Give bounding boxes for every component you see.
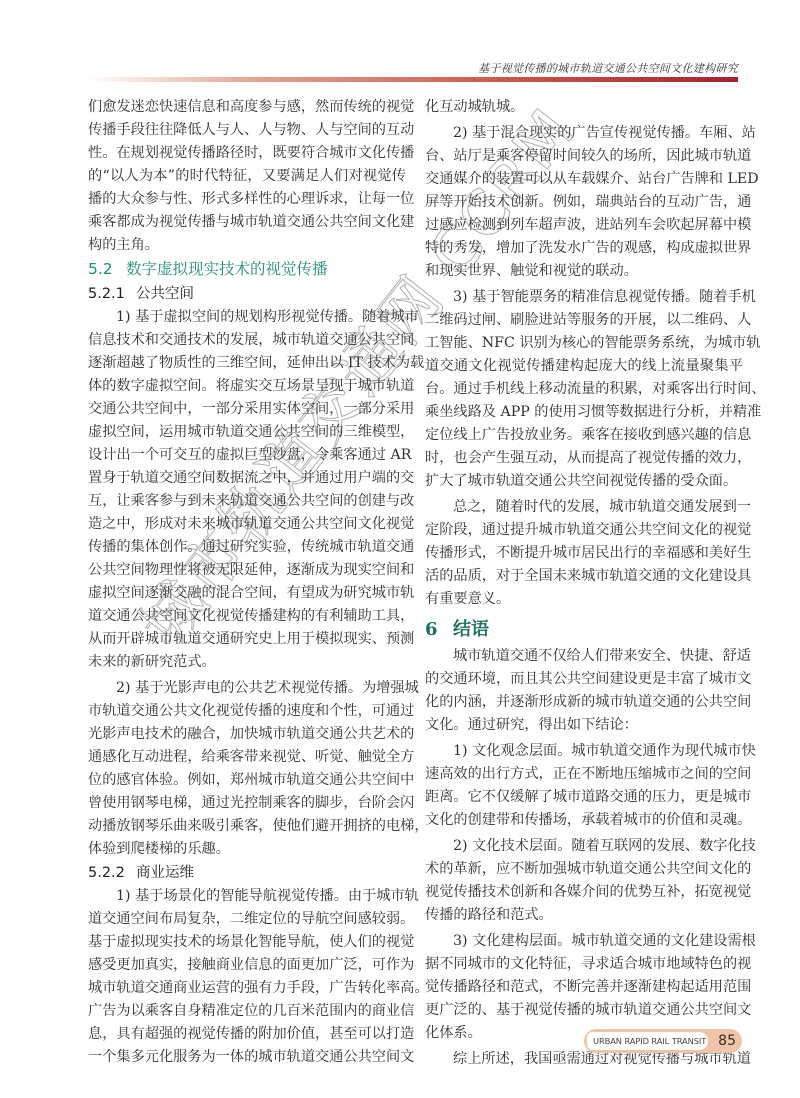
chapter-number: 6: [425, 615, 453, 645]
text-line: 设计出一个可交互的虚拟巨型沙盘，令乘客通过 AR: [88, 444, 406, 467]
text-line: 有重要意义。: [425, 588, 743, 611]
subsection-number: 5.2.2: [88, 861, 136, 885]
text-line: 文化的创建带和传播场，承载着城市的价值和灵魂。: [425, 809, 743, 832]
text-line: 传播形式，不断提升城市居民出行的幸福感和美好生: [425, 542, 743, 565]
text-line: 1) 基于虚拟空间的规划构形视觉传播。随着城市: [88, 306, 406, 329]
text-line: 扩大了城市轨道交通公共空间视觉传播的受众面。: [425, 470, 743, 493]
text-line: 化的内涵，并逐渐形成新的城市轨道交通的公共空间: [425, 691, 743, 714]
text-line: 道交通公共空间文化视觉传播建构的有利辅助工具，: [88, 605, 406, 628]
text-line: 广告为以乘客自身精准定位的几百米范围内的商业信: [88, 1000, 406, 1023]
paragraph: 城市轨道交通不仅给人们带来安全、快捷、舒适 的交通环境，而且其公共空间建设更是丰…: [425, 645, 743, 737]
text-line: 2) 文化技术层面。随着互联网的发展、数字化技: [425, 835, 743, 858]
header-gradient-bar: [88, 77, 738, 82]
text-line: 乘客都成为视觉传播与城市轨道交通公共空间文化建: [88, 211, 406, 234]
text-line: 术的革新，应不断加强城市轨道交通公共空间文化的: [425, 858, 743, 881]
text-line: 们愈发迷恋快速信息和高度参与感，然而传统的视觉: [88, 96, 406, 119]
text-line: 基于虚拟现实技术的场景化智能导航，使人们的视觉: [88, 931, 406, 954]
running-title: 基于视觉传播的城市轨道交通公共空间文化建构研究: [478, 60, 738, 76]
text-line: 定阶段，通过提升城市轨道交通公共空间文化的视觉: [425, 519, 743, 542]
text-line: 一个集多元化服务为一体的城市轨道交通公共空间文: [88, 1046, 406, 1069]
text-line: 置身于轨道交通空间数据流之中，并通过用户端的交: [88, 467, 406, 490]
text-line: 道交通空间布局复杂，二维定位的导航空间感较弱。: [88, 908, 406, 931]
text-line: 虚拟空间，运用城市轨道交通公共空间的三维模型，: [88, 421, 406, 444]
subsection-title: 公共空间: [136, 286, 194, 302]
section-number: 5.2: [88, 257, 126, 282]
paragraph: 2) 文化技术层面。随着互联网的发展、数字化技 术的革新，应不断加强城市轨道交通…: [425, 835, 743, 927]
chapter-heading-6: 6结语: [425, 615, 743, 645]
text-line: 光影声电技术的融合，加快城市轨道交通公共艺术的: [88, 723, 406, 746]
text-line: 1) 基于场景化的智能导航视觉传播。由于城市轨: [88, 885, 406, 908]
paragraph: 总之，随着时代的发展，城市轨道交通发展到一 定阶段，通过提升城市轨道交通公共空间…: [425, 496, 743, 611]
text-line: 虚拟空间逐渐交融的混合空间，有望成为研究城市轨: [88, 582, 406, 605]
text-line: 传播的集体创作。通过研究实验，传统城市轨道交通: [88, 536, 406, 559]
text-line: 公共空间物理性将被无限延伸，逐渐成为现实空间和: [88, 559, 406, 582]
text-line: 通感化互动进程，给乘客带来视觉、听觉、触觉全方: [88, 746, 406, 769]
right-column: 化互动城轨城。 2) 基于混合现实的广告宣传视觉传播。车厢、站 台、站厅是乘客停…: [425, 96, 743, 1071]
text-line: 台、站厅是乘客停留时间较久的场所，因此城市轨道: [425, 145, 743, 168]
text-line: 位的感官体验。例如，郑州城市轨道交通公共空间中: [88, 769, 406, 792]
text-line: 觉传播路径和范式，不断完善并逐渐建构起适用范围: [425, 976, 743, 999]
text-line: 的交通环境，而且其公共空间建设更是丰富了城市文: [425, 668, 743, 691]
section-heading-5-2: 5.2数字虚拟现实技术的视觉传播: [88, 257, 406, 282]
text-line: 视觉传播技术创新和各媒介间的优势互补，拓宽视觉: [425, 881, 743, 904]
paragraph: 1) 基于虚拟空间的规划构形视觉传播。随着城市 信息技术和交通技术的发展，城市轨…: [88, 306, 406, 674]
text-line: 曾使用钢琴电梯，通过光控制乘客的脚步，台阶会闪: [88, 792, 406, 815]
text-line: 未来的新研究范式。: [88, 651, 406, 674]
text-line: 体的数字虚拟空间。将虚实交互场景呈现于城市轨道: [88, 375, 406, 398]
text-line: 城市轨道交通商业运营的强有力手段，广告转化率高。: [88, 977, 406, 1000]
paragraph: 3) 文化建构层面。城市轨道交通的文化建设需根 据不同城市的文化特征，寻求适合城…: [425, 930, 743, 1045]
subsection-heading-5-2-2: 5.2.2商业运维: [88, 861, 406, 885]
chapter-title: 结语: [453, 619, 489, 640]
text-line: 速高效的出行方式，正在不断地压缩城市之间的空间: [425, 763, 743, 786]
footer-badge: URBAN RAPID RAIL TRANSIT 85: [584, 1029, 742, 1053]
text-line: 传播手段往往降低人与人、人与物、人与空间的互动: [88, 119, 406, 142]
subsection-number: 5.2.1: [88, 282, 136, 306]
paragraph: 们愈发迷恋快速信息和高度参与感，然而传统的视觉 传播手段往往降低人与人、人与物、…: [88, 96, 406, 257]
text-line: 逐渐超越了物质性的三维空间，延伸出以 IT 技术为载: [88, 352, 406, 375]
paragraph: 2) 基于混合现实的广告宣传视觉传播。车厢、站 台、站厅是乘客停留时间较久的场所…: [425, 122, 743, 283]
text-line: 2) 基于光影声电的公共艺术视觉传播。为增强城: [88, 677, 406, 700]
text-line: 感受更加真实，接触商业信息的面更加广泛，可作为: [88, 954, 406, 977]
text-line: 二维码过闸、刷脸进站等服务的开展，以二维码、人: [425, 309, 743, 332]
left-column: 们愈发迷恋快速信息和高度参与感，然而传统的视觉 传播手段往往降低人与人、人与物、…: [88, 96, 406, 1069]
text-line: 道交通文化视觉传播建构起庞大的线上流量聚集平: [425, 355, 743, 378]
subsection-title: 商业运维: [136, 865, 194, 881]
text-line: 1) 文化观念层面。城市轨道交通作为现代城市快: [425, 740, 743, 763]
text-line: 更广泛的、基于视觉传播的城市轨道交通公共空间文: [425, 999, 743, 1022]
text-line: 工智能、NFC 识别为核心的智能票务系统，为城市轨: [425, 332, 743, 355]
text-line: 台。通过手机线上移动流量的积累，对乘客出行时间、: [425, 378, 743, 401]
text-line: 交通媒介的装置可以从车载媒介、站台广告牌和 LED: [425, 168, 743, 191]
text-line: 据不同城市的文化特征，寻求适合城市地域特色的视: [425, 953, 743, 976]
text-line: 的“以人为本”的时代特征，又要满足人们对视觉传: [88, 165, 406, 188]
text-line: 活的品质，对于全国未来城市轨道交通的文化建设具: [425, 565, 743, 588]
text-line: 屏等开始技术创新。例如，瑞典站台的互动广告，通: [425, 191, 743, 214]
text-line: 2) 基于混合现实的广告宣传视觉传播。车厢、站: [425, 122, 743, 145]
text-line: 距离。它不仅缓解了城市道路交通的压力，更是城市: [425, 786, 743, 809]
text-line: 动播放钢琴乐曲来吸引乘客，使他们避开拥挤的电梯，: [88, 815, 406, 838]
paragraph: 化互动城轨城。: [425, 96, 743, 119]
text-line: 造之中，形成对未来城市轨道交通公共空间文化视觉: [88, 513, 406, 536]
subsection-heading-5-2-1: 5.2.1公共空间: [88, 282, 406, 306]
text-line: 构的主角。: [88, 234, 406, 257]
text-line: 化互动城轨城。: [425, 96, 743, 119]
text-line: 定位线上广告投放业务。乘客在接收到感兴趣的信息: [425, 424, 743, 447]
paragraph: 3) 基于智能票务的精准信息视觉传播。随着手机 二维码过闸、刷脸进站等服务的开展…: [425, 286, 743, 493]
paragraph: 1) 基于场景化的智能导航视觉传播。由于城市轨 道交通空间布局复杂，二维定位的导…: [88, 885, 406, 1069]
text-line: 传播的路径和范式。: [425, 904, 743, 927]
text-line: 和现实世界、触觉和视觉的联动。: [425, 260, 743, 283]
text-line: 3) 文化建构层面。城市轨道交通的文化建设需根: [425, 930, 743, 953]
section-title: 数字虚拟现实技术的视觉传播: [126, 260, 328, 278]
page-number: 85: [718, 1029, 736, 1053]
text-line: 性。在规划视觉传播路径时，既要符合城市文化传播: [88, 142, 406, 165]
text-line: 从而开辟城市轨道交通研究史上用于模拟现实、预测: [88, 628, 406, 651]
text-line: 特的秀发，增加了洗发水广告的观感，构成虚拟世界: [425, 237, 743, 260]
text-line: 播的大众参与性、形式多样性的心理诉求，让每一位: [88, 188, 406, 211]
journal-name: URBAN RAPID RAIL TRANSIT: [587, 1032, 708, 1050]
text-line: 市轨道交通公共文化视觉传播的速度和个性，可通过: [88, 700, 406, 723]
text-line: 息，具有超强的视觉传播的附加价值，甚至可以打造: [88, 1023, 406, 1046]
paragraph: 1) 文化观念层面。城市轨道交通作为现代城市快 速高效的出行方式，正在不断地压缩…: [425, 740, 743, 832]
text-line: 信息技术和交通技术的发展，城市轨道交通公共空间: [88, 329, 406, 352]
text-line: 乘坐线路及 APP 的使用习惯等数据进行分析，并精准: [425, 401, 743, 424]
text-line: 城市轨道交通不仅给人们带来安全、快捷、舒适: [425, 645, 743, 668]
text-line: 时，也会产生强互动，从而提高了视觉传播的效力，: [425, 447, 743, 470]
text-line: 互，让乘客参与到未来轨道交通公共空间的创建与改: [88, 490, 406, 513]
text-line: 过感应检测到列车超声波，进站列车会吹起屏幕中模: [425, 214, 743, 237]
text-line: 文化。通过研究，得出如下结论：: [425, 714, 743, 737]
paragraph: 2) 基于光影声电的公共艺术视觉传播。为增强城 市轨道交通公共文化视觉传播的速度…: [88, 677, 406, 861]
text-line: 总之，随着时代的发展，城市轨道交通发展到一: [425, 496, 743, 519]
text-line: 交通公共空间中，一部分采用实体空间，一部分采用: [88, 398, 406, 421]
text-line: 3) 基于智能票务的精准信息视觉传播。随着手机: [425, 286, 743, 309]
text-line: 体验到爬楼梯的乐趣。: [88, 838, 406, 861]
